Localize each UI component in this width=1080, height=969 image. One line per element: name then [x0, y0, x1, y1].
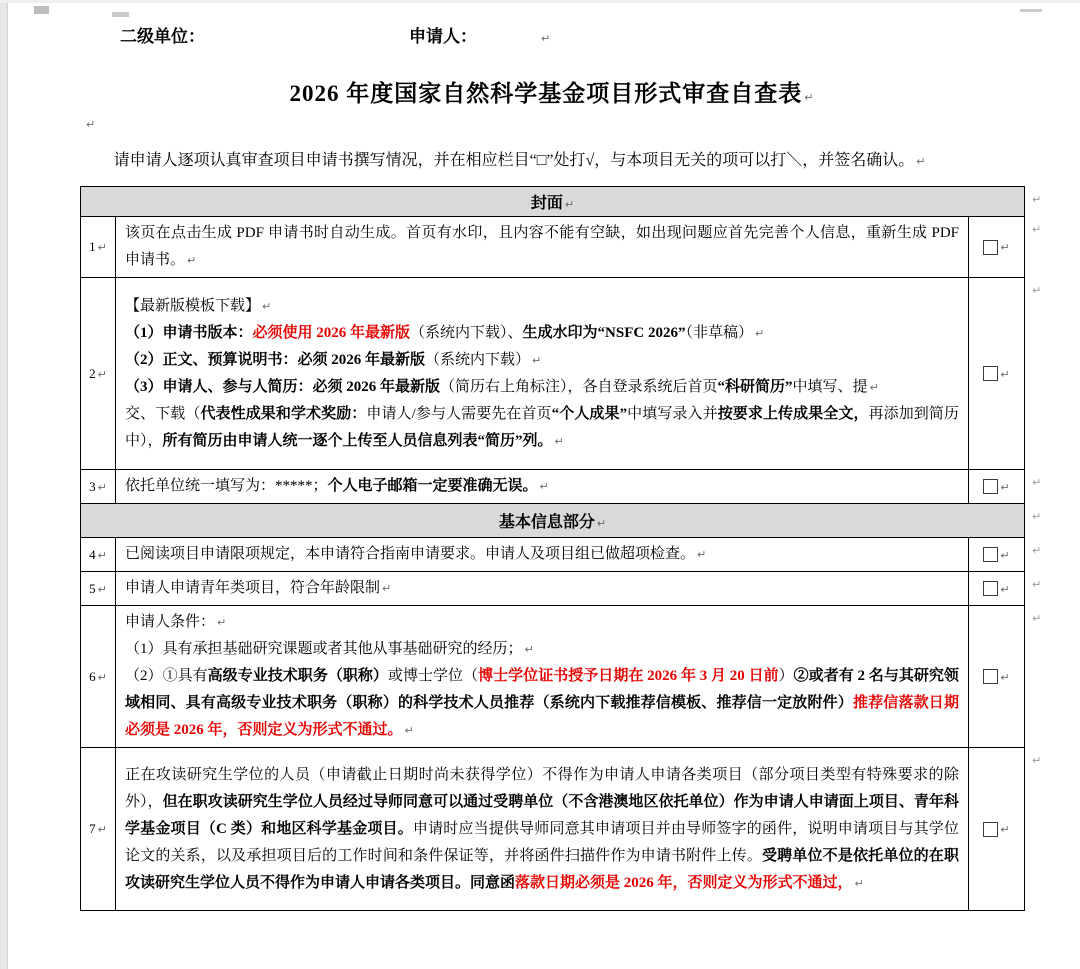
- paragraph-mark: ↵: [1000, 823, 1009, 836]
- paragraph: 申请人申请青年类项目，符合年龄限制↵: [125, 575, 959, 602]
- checkbox[interactable]: [983, 822, 998, 837]
- paragraph: 依托单位统一填写为：*****；个人电子邮箱一定要准确无误。↵: [125, 473, 959, 500]
- bold-text: （系统内下载推荐信模板、推荐信一定放附件）: [534, 695, 852, 711]
- row-number: 6↵: [81, 606, 116, 748]
- text-segment: （2）①具有: [125, 668, 208, 684]
- checkbox-cell: ↵: [969, 217, 1025, 278]
- table-row: 5↵申请人申请青年类项目，符合年龄限制↵↵↵: [81, 572, 1065, 606]
- text-segment: （1）具有承担基础研究课题或者其他从事基础研究的经历；: [125, 641, 523, 657]
- row-end-mark-cell: ↵: [1025, 278, 1065, 470]
- paragraph-mark: ↵: [98, 583, 107, 596]
- checkbox-cell: ↵: [969, 470, 1025, 504]
- paragraph-mark: ↵: [1032, 612, 1041, 625]
- text-segment: （: [463, 668, 478, 684]
- page-title-line: 2026 年度国家自然科学基金项目形式审查自查表↵: [80, 75, 1024, 108]
- text-segment: ）: [779, 668, 794, 684]
- paragraph-mark: ↵: [86, 118, 95, 131]
- row-number-text: 4: [89, 547, 96, 562]
- paragraph: 申请人条件：↵: [125, 609, 959, 636]
- paragraph-mark: ↵: [1032, 284, 1041, 297]
- paragraph: （3）申请人、参与人简历：必须 2026 年最新版（简历右上角标注），各自登录系…: [125, 374, 959, 401]
- bold-text: “个人成果”: [552, 406, 627, 422]
- text-segment: （简历右上角标注），各自登录系统后首页: [440, 379, 718, 395]
- paragraph-mark: ↵: [98, 481, 107, 494]
- row-end-mark-cell: ↵: [1025, 187, 1065, 217]
- row-number-text: 2: [89, 366, 96, 381]
- bold-text: 所有简历由申请人统一逐个上传至人员信息列表“简历”列。: [163, 433, 553, 449]
- paragraph: 已阅读项目申请限项规定，本申请符合指南申请要求。申请人及项目组已做超项检查。↵: [125, 541, 959, 568]
- text-segment: 申请人申请青年类项目，符合年龄限制: [125, 580, 380, 596]
- page-left-gutter: [0, 0, 8, 969]
- row-end-mark-cell: ↵: [1025, 470, 1065, 504]
- paragraph-mark: ↵: [1032, 510, 1041, 523]
- page-title: 2026 年度国家自然科学基金项目形式审查自查表: [290, 81, 803, 106]
- unit-label: 二级单位：: [120, 27, 205, 46]
- paragraph: （1）申请书版本：必须使用 2026 年最新版（系统内下载）、生成水印为“NSF…: [125, 320, 959, 347]
- empty-paragraph: ↵: [84, 115, 1065, 133]
- paragraph: （2）①具有高级专业技术职务（职称）或博士学位（博士学位证书授予日期在 2026…: [125, 663, 959, 744]
- paragraph-mark: ↵: [870, 381, 879, 394]
- row-number: 5↵: [81, 572, 116, 606]
- paragraph-mark: ↵: [1032, 193, 1041, 206]
- emphasis-red-text: 必须使用 2026 年最新版: [253, 325, 411, 341]
- intro-text: 请申请人逐项认真审查项目申请书撰写情况，并在相应栏目“□”处打√，与本项目无关的…: [114, 152, 915, 169]
- table-row: 7↵正在攻读研究生学位的人员（申请截止日期时尚未获得学位）不得作为申请人申请各类…: [81, 748, 1065, 911]
- paragraph-mark: ↵: [1000, 368, 1009, 381]
- bold-text: （1）申请书版本：: [125, 325, 253, 341]
- text-segment: 或博士学位: [388, 668, 463, 684]
- paragraph-mark: ↵: [98, 549, 107, 562]
- row-number-text: 1: [89, 239, 96, 254]
- paragraph-mark: ↵: [405, 724, 414, 737]
- table-row: 1↵该页在点击生成 PDF 申请书时自动生成。首页有水印，且内容不能有空缺，如出…: [81, 217, 1065, 278]
- margin-crop-mark-icon: [34, 6, 49, 14]
- checklist-table-body: 封面↵↵1↵该页在点击生成 PDF 申请书时自动生成。首页有水印，且内容不能有空…: [81, 187, 1065, 911]
- section-header: 基本信息部分↵: [81, 504, 1025, 538]
- paragraph-mark: ↵: [525, 643, 534, 656]
- paragraph: （2）正文、预算说明书：必须 2026 年最新版（系统内下载）↵: [125, 347, 959, 374]
- header-fields-line: 二级单位：申请人：↵: [120, 22, 1065, 47]
- paragraph-mark: ↵: [1000, 481, 1009, 494]
- checkbox-cell: ↵: [969, 278, 1025, 470]
- row-number-text: 6: [89, 669, 96, 684]
- bold-text: 个人电子邮箱一定要准确无误。: [328, 478, 538, 494]
- paragraph-mark: ↵: [532, 354, 541, 367]
- row-content: 申请人条件：↵（1）具有承担基础研究课题或者其他从事基础研究的经历；↵（2）①具…: [116, 606, 969, 748]
- text-segment: 依托单位统一填写为：*****；: [125, 478, 328, 494]
- checkbox[interactable]: [983, 581, 998, 596]
- row-number: 2↵: [81, 278, 116, 470]
- paragraph-mark: ↵: [1000, 671, 1009, 684]
- table-row: 2↵【最新版模板下载】↵（1）申请书版本：必须使用 2026 年最新版（系统内下…: [81, 278, 1065, 470]
- emphasis-red-text: 博士学位证书授予日期在 2026 年 3 月 20 日前: [478, 668, 779, 684]
- paragraph: 该页在点击生成 PDF 申请书时自动生成。首页有水印，且内容不能有空缺，如出现问…: [125, 220, 959, 274]
- paragraph-mark: ↵: [98, 671, 107, 684]
- row-end-mark-cell: ↵: [1025, 572, 1065, 606]
- row-number-text: 5: [89, 581, 96, 596]
- paragraph-mark: ↵: [1000, 583, 1009, 596]
- section-header: 封面↵: [81, 187, 1025, 217]
- intro-paragraph: 请申请人逐项认真审查项目申请书撰写情况，并在相应栏目“□”处打√，与本项目无关的…: [80, 145, 1024, 177]
- paragraph-mark: ↵: [1000, 549, 1009, 562]
- paragraph-mark: ↵: [1032, 754, 1041, 767]
- paragraph-mark: ↵: [1032, 544, 1041, 557]
- checkbox[interactable]: [983, 669, 998, 684]
- checkbox-cell: ↵: [969, 748, 1025, 911]
- text-segment: 申请人条件：: [125, 614, 215, 630]
- paragraph-mark: ↵: [565, 198, 574, 211]
- paragraph-mark: ↵: [555, 435, 564, 448]
- paragraph: 交、下载（代表性成果和学术奖励：申请人/参与人需要先在首页“个人成果”中填写录入…: [125, 401, 959, 455]
- paragraph-mark: ↵: [541, 32, 550, 45]
- table-row: 6↵申请人条件：↵（1）具有承担基础研究课题或者其他从事基础研究的经历；↵（2）…: [81, 606, 1065, 748]
- applicant-label: 申请人：: [409, 27, 477, 46]
- section-row: 基本信息部分↵↵: [81, 504, 1065, 538]
- emphasis-red-text: 落款日期必须是 2026 年，否则定义为形式不通过，: [515, 875, 853, 891]
- row-content: 已阅读项目申请限项规定，本申请符合指南申请要求。申请人及项目组已做超项检查。↵: [116, 538, 969, 572]
- row-number: 1↵: [81, 217, 116, 278]
- row-content: 申请人申请青年类项目，符合年龄限制↵: [116, 572, 969, 606]
- row-content: 正在攻读研究生学位的人员（申请截止日期时尚未获得学位）不得作为申请人申请各类项目…: [116, 748, 969, 911]
- text-segment: 交、下载（: [125, 406, 200, 422]
- section-title: 封面: [531, 195, 563, 212]
- checkbox[interactable]: [983, 479, 998, 494]
- paragraph-mark: ↵: [804, 91, 814, 104]
- bold-text: 代表性成果和学术奖励：: [200, 406, 366, 422]
- row-end-mark-cell: ↵: [1025, 606, 1065, 748]
- paragraph-mark: ↵: [187, 254, 196, 267]
- checkbox-cell: ↵: [969, 606, 1025, 748]
- checkbox[interactable]: [983, 547, 998, 562]
- bold-text: （2）正文、预算说明书：必须 2026 年最新版: [125, 352, 425, 368]
- row-number: 3↵: [81, 470, 116, 504]
- text-segment: （非草稿）: [685, 325, 753, 341]
- bold-text: 生成水印为“NSFC 2026”: [523, 325, 686, 341]
- row-number: 7↵: [81, 748, 116, 911]
- paragraph-mark: ↵: [98, 368, 107, 381]
- paragraph-mark: ↵: [540, 480, 549, 493]
- bold-text: “科研简历”: [718, 379, 793, 395]
- paragraph-mark: ↵: [597, 517, 606, 530]
- paragraph-mark: ↵: [262, 300, 271, 313]
- row-number: 4↵: [81, 538, 116, 572]
- row-end-mark-cell: ↵: [1025, 217, 1065, 278]
- bold-text: 按要求上传成果全文，: [718, 406, 869, 422]
- section-row: 封面↵↵: [81, 187, 1065, 217]
- paragraph-mark: ↵: [855, 877, 864, 890]
- row-number-text: 3: [89, 479, 96, 494]
- text-segment: 中填写录入并: [627, 406, 718, 422]
- checkbox-cell: ↵: [969, 572, 1025, 606]
- paragraph-mark: ↵: [1032, 578, 1041, 591]
- paragraph: （1）具有承担基础研究课题或者其他从事基础研究的经历；↵: [125, 636, 959, 663]
- paragraph-mark: ↵: [382, 582, 391, 595]
- row-content: 依托单位统一填写为：*****；个人电子邮箱一定要准确无误。↵: [116, 470, 969, 504]
- paragraph-mark: ↵: [1032, 223, 1041, 236]
- table-row: 4↵已阅读项目申请限项规定，本申请符合指南申请要求。申请人及项目组已做超项检查。…: [81, 538, 1065, 572]
- paragraph-mark: ↵: [1000, 241, 1009, 254]
- paragraph-mark: ↵: [1032, 476, 1041, 489]
- table-row: 3↵依托单位统一填写为：*****；个人电子邮箱一定要准确无误。↵↵↵: [81, 470, 1065, 504]
- text-segment: （系统内下载）: [425, 352, 530, 368]
- paragraph-mark: ↵: [697, 548, 706, 561]
- paragraph: 正在攻读研究生学位的人员（申请截止日期时尚未获得学位）不得作为申请人申请各类项目…: [125, 762, 959, 897]
- row-content: 该页在点击生成 PDF 申请书时自动生成。首页有水印，且内容不能有空缺，如出现问…: [116, 217, 969, 278]
- row-content: 【最新版模板下载】↵（1）申请书版本：必须使用 2026 年最新版（系统内下载）…: [116, 278, 969, 470]
- paragraph-mark: ↵: [98, 823, 107, 836]
- row-end-mark-cell: ↵: [1025, 538, 1065, 572]
- document-page: 二级单位：申请人：↵ 2026 年度国家自然科学基金项目形式审查自查表↵ ↵ 请…: [80, 0, 1065, 911]
- row-number-text: 7: [89, 821, 96, 836]
- row-end-mark-cell: ↵: [1025, 748, 1065, 911]
- paragraph-mark: ↵: [98, 241, 107, 254]
- paragraph: 【最新版模板下载】↵: [125, 293, 959, 320]
- checkbox-cell: ↵: [969, 538, 1025, 572]
- text-segment: 【最新版模板下载】: [125, 298, 260, 314]
- text-segment: 中填写、提: [793, 379, 868, 395]
- row-end-mark-cell: ↵: [1025, 504, 1065, 538]
- section-title: 基本信息部分: [499, 514, 595, 531]
- bold-text: 高级专业技术职务（职称）: [208, 668, 388, 684]
- paragraph-mark: ↵: [755, 327, 764, 340]
- paragraph-mark: ↵: [916, 155, 925, 168]
- checklist-table: 封面↵↵1↵该页在点击生成 PDF 申请书时自动生成。首页有水印，且内容不能有空…: [80, 186, 1065, 911]
- text-segment: 已阅读项目申请限项规定，本申请符合指南申请要求。申请人及项目组已做超项检查。: [125, 546, 695, 562]
- checkbox[interactable]: [983, 240, 998, 255]
- checkbox[interactable]: [983, 366, 998, 381]
- text-segment: 该页在点击生成 PDF 申请书时自动生成。首页有水印，且内容不能有空缺，如出现问…: [125, 225, 959, 268]
- text-segment: 申请人/参与人需要先在首页: [366, 406, 551, 422]
- text-segment: （系统内下载）、: [410, 325, 523, 341]
- bold-text: （3）申请人、参与人简历：必须 2026 年最新版: [125, 379, 440, 395]
- paragraph-mark: ↵: [217, 616, 226, 629]
